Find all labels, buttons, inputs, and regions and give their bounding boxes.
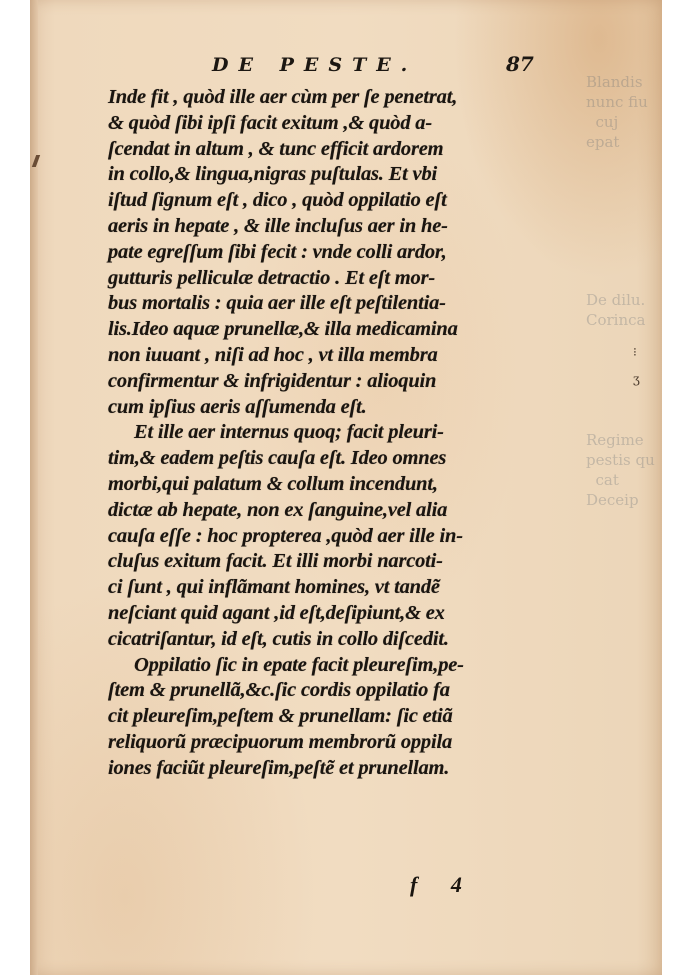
text-line: ci ſunt , qui inflãmant homines, vt tand… [108, 575, 558, 601]
body-text: Inde fit , quòd ille aer cùm per ſe pene… [108, 85, 558, 782]
text-line: non iuuant , niſi ad hoc , vt illa membr… [108, 343, 558, 369]
bleed-through-text: Regime pestis qu cat Deceip [586, 430, 655, 510]
text-line: bus mortalis : quia aer ille eſt peſtile… [108, 291, 558, 317]
text-line: neſciant quid agant ,id eſt,deſipiunt,& … [108, 601, 558, 627]
paragraph-1: Inde fit , quòd ille aer cùm per ſe pene… [108, 85, 558, 420]
page-number: 87 [506, 52, 534, 76]
text-line: tim,& eadem peſtis cauſa eſt. Ideo omnes [108, 446, 558, 472]
text-line: in collo,& lingua,nigras puſtulas. Et vb… [108, 162, 558, 188]
text-line: confirmentur & infrigidentur : alioquin [108, 369, 558, 395]
paragraph-2: Et ille aer internus quoq; facit pleuri-… [108, 420, 558, 652]
signature-mark: f 4 [410, 872, 476, 898]
text-line: cit pleureſim,peſtem & prunellam: ſic et… [108, 704, 558, 730]
text-line: pate egreſſum ſibi fecit : vnde colli ar… [108, 240, 558, 266]
text-line: Inde fit , quòd ille aer cùm per ſe pene… [108, 85, 558, 111]
text-line: iſtud ſignum eſt , dico , quòd oppilatio… [108, 188, 558, 214]
text-line: ſtem & prunellã,&c.ſic cordis oppilatio … [108, 678, 558, 704]
text-line: lis.Ideo aquæ prunellæ,& illa medicamina [108, 317, 558, 343]
text-line: & quòd ſibi ipſi facit exitum ,& quòd a- [108, 111, 558, 137]
text-line: cicatriſantur, id eſt, cutis in collo di… [108, 627, 558, 653]
ink-speck: ʒ [633, 372, 640, 386]
running-head: DE PESTE. [212, 54, 417, 76]
text-line: cluſus exitum facit. Et illi morbi narco… [108, 549, 558, 575]
text-line: gutturis pelliculæ detractio . Et eſt mo… [108, 266, 558, 292]
bleed-through-text: De dilu. Corinca [586, 290, 645, 330]
text-line: ſcendat in altum , & tunc efficit ardore… [108, 137, 558, 163]
text-line: morbi,qui palatum & collum incendunt, [108, 472, 558, 498]
text-line: Et ille aer internus quoq; facit pleuri- [108, 420, 558, 446]
page-gutter-edge [30, 0, 38, 975]
ink-speck: ⁝ [633, 345, 637, 359]
text-line: Oppilatio ſic in epate facit pleureſim,p… [108, 653, 558, 679]
text-line: cum ipſius aeris aſſumenda eſt. [108, 395, 558, 421]
text-line: iones faciũt pleureſim,peſtẽ et prunella… [108, 756, 558, 782]
bleed-through-text: Blandis nunc fiu cuj epat [586, 72, 648, 152]
text-line: cauſa eſſe : hoc propterea ,quòd aer ill… [108, 524, 558, 550]
text-line: dictæ ab hepate, non ex ſanguine,vel ali… [108, 498, 558, 524]
text-line: reliquorũ præcipuorum membrorũ oppila [108, 730, 558, 756]
text-line: aeris in hepate , & ille incluſus aer in… [108, 214, 558, 240]
paragraph-3: Oppilatio ſic in epate facit pleureſim,p… [108, 653, 558, 782]
